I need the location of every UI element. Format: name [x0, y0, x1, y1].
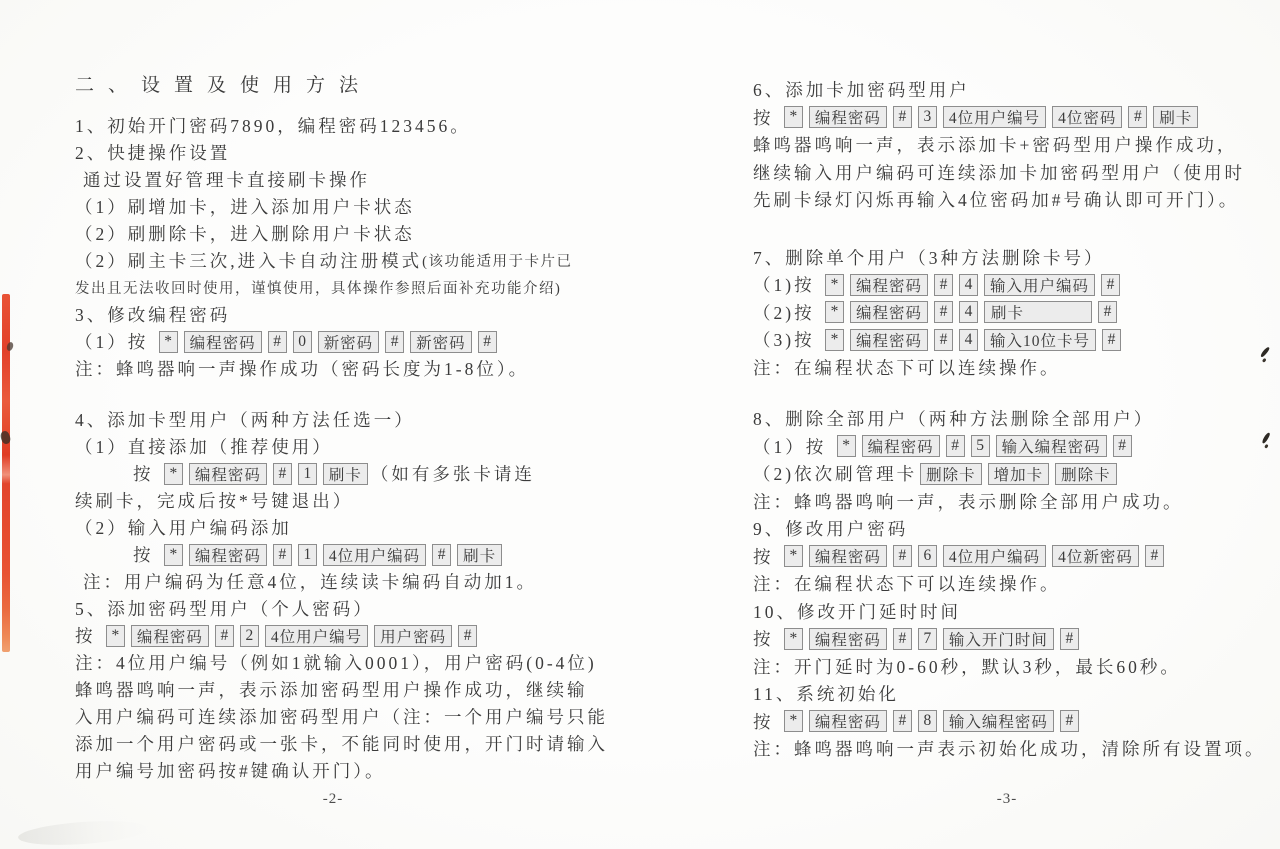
text-line: （2)按 *编程密码#4刷卡# [753, 299, 1258, 327]
key-button: 4 [959, 274, 978, 296]
text-line: 注：用户编码为任意4位，连续读卡编码自动加1。 [75, 568, 635, 595]
text-segment: （3)按 [753, 327, 822, 352]
key-button: 刷卡 [1153, 106, 1198, 128]
text-segment: （2）刷主卡三次,进入卡自动注册模式 [75, 248, 422, 273]
text-segment: 9、修改用户密码 [753, 516, 908, 541]
key-button: * [159, 331, 178, 353]
text-line: 6、添加卡加密码型用户 [753, 76, 1258, 104]
text-line: 按 *编程密码#24位用户编号用户密码# [75, 622, 635, 649]
key-button: # [432, 544, 451, 566]
text-line: 11、系统初始化 [753, 680, 1258, 708]
key-button: * [784, 106, 803, 128]
text-line: 先刷卡绿灯闪烁再输入4位密码加#号确认即可开门）。 [753, 186, 1258, 214]
key-button: 刷卡 [323, 463, 368, 485]
text-segment: （2)依次刷管理卡 [753, 461, 917, 486]
key-button: # [934, 274, 953, 296]
text-segment: （1）直接添加（推荐使用） [75, 434, 333, 459]
text-line: （1）按 *编程密码#0新密码#新密码# [75, 328, 635, 355]
key-button: # [1060, 628, 1079, 650]
text-segment: （1）按 [753, 434, 834, 459]
key-button: * [784, 710, 803, 732]
key-button: # [478, 331, 497, 353]
key-button: # [385, 331, 404, 353]
text-line: 9、修改用户密码 [753, 515, 1258, 543]
text-segment: （2）刷删除卡，进入删除用户卡状态 [75, 221, 415, 246]
key-button: # [1060, 710, 1079, 732]
text-line: 1、初始开门密码7890，编程密码123456。 [75, 112, 635, 139]
key-button: 编程密码 [809, 106, 887, 128]
text-line: 发出且无法收回时使用，谨慎使用，具体操作参照后面补充功能介绍) [75, 274, 635, 301]
text-line: （1)按 *编程密码#4输入用户编码# [753, 271, 1258, 299]
key-button: 输入10位卡号 [984, 329, 1096, 351]
key-button: 新密码 [410, 331, 472, 353]
text-line: 续刷卡，完成后按*号键退出） [75, 487, 635, 514]
text-segment: 注：在编程状态下可以连续操作。 [753, 355, 1061, 380]
text-segment: 注：开门延时为0-60秒，默认3秒，最长60秒。 [753, 654, 1181, 679]
text-line: 3、修改编程密码 [75, 301, 635, 328]
section-title: 二、设置及使用方法 [75, 68, 635, 98]
text-line: 通过设置好管理卡直接刷卡操作 [75, 166, 635, 193]
scan-smudge [17, 817, 148, 848]
text-line: 8、删除全部用户（两种方法删除全部用户） [753, 405, 1258, 433]
page-number: -3- [927, 791, 1087, 808]
text-line: 添加一个用户密码或一张卡，不能同时使用，开门时请输入 [75, 730, 635, 757]
text-segment: 用户编号加密码按#键确认开门）。 [75, 758, 386, 783]
text-segment: 11、系统初始化 [753, 681, 899, 706]
text-line: 2、快捷操作设置 [75, 139, 635, 166]
key-button: 5 [971, 435, 990, 457]
key-button: # [1128, 106, 1147, 128]
key-button: 编程密码 [850, 329, 928, 351]
text-line: （3)按 *编程密码#4输入10位卡号# [753, 326, 1258, 354]
key-button: 4位密码 [1052, 106, 1122, 128]
text-segment: 注：蜂鸣器响一声操作成功（密码长度为1-8位）。 [75, 356, 529, 381]
text-segment: 按 [753, 544, 781, 569]
text-segment: （1)按 [753, 272, 822, 297]
key-button: # [934, 329, 953, 351]
text-segment: (该功能适用于卡片已 [422, 250, 572, 271]
key-button: 编程密码 [809, 545, 887, 567]
key-button: 1 [298, 544, 317, 566]
key-button: 编程密码 [862, 435, 940, 457]
text-line: （2）刷删除卡，进入删除用户卡状态 [75, 220, 635, 247]
text-line: 5、添加密码型用户（个人密码） [75, 595, 635, 622]
key-button: * [164, 463, 183, 485]
text-line: 按 *编程密码#7输入开门时间# [753, 625, 1258, 653]
page-3-column: 6、添加卡加密码型用户按 *编程密码#34位用户编号4位密码#刷卡蜂鸣器鸣响一声… [753, 76, 1258, 763]
text-segment: 入用户编码可连续添加密码型用户（注：一个用户编号只能 [75, 704, 608, 729]
key-button: * [837, 435, 856, 457]
key-button: 输入开门时间 [943, 628, 1054, 650]
key-button: 删除卡 [1055, 463, 1117, 485]
key-button: * [825, 329, 844, 351]
text-segment: 注：在编程状态下可以连续操作。 [753, 571, 1061, 596]
text-segment: （1）刷增加卡，进入添加用户卡状态 [75, 194, 415, 219]
text-line: （1）按 *编程密码#5输入编程密码# [753, 433, 1258, 461]
text-segment: 蜂鸣器鸣响一声，表示添加密码型用户操作成功，继续输 [75, 677, 588, 702]
key-button: 4 [959, 301, 978, 323]
text-segment: 按 [753, 105, 781, 130]
key-button: 刷卡 [984, 301, 1092, 323]
key-button: # [893, 710, 912, 732]
text-segment: 8、删除全部用户（两种方法删除全部用户） [753, 406, 1154, 431]
text-segment: （2)按 [753, 300, 822, 325]
text-segment: （1）按 [75, 329, 156, 354]
text-segment: 按 [753, 626, 781, 651]
key-button: # [458, 625, 477, 647]
key-button: # [268, 331, 287, 353]
key-button: * [825, 301, 844, 323]
text-line: 注：在编程状态下可以连续操作。 [753, 570, 1258, 598]
key-button: # [273, 544, 292, 566]
text-segment: 7、删除单个用户（3种方法删除卡号） [753, 245, 1105, 270]
text-line: 注：4位用户编号（例如1就输入0001），用户密码(0-4位) [75, 649, 635, 676]
key-button: 1 [298, 463, 317, 485]
text-line: 入用户编码可连续添加密码型用户（注：一个用户编号只能 [75, 703, 635, 730]
text-segment: 蜂鸣器鸣响一声，表示添加卡+密码型用户操作成功， [753, 132, 1237, 157]
text-line: 注：开门延时为0-60秒，默认3秒，最长60秒。 [753, 653, 1258, 681]
key-button: 4位用户编码 [323, 544, 426, 566]
text-line: （2)依次刷管理卡删除卡增加卡删除卡 [753, 460, 1258, 488]
text-segment: 1、初始开门密码7890，编程密码123456。 [75, 113, 471, 138]
key-button: 0 [293, 331, 312, 353]
key-button: 用户密码 [374, 625, 452, 647]
key-button: # [1098, 301, 1117, 323]
key-button: 6 [918, 545, 937, 567]
text-segment: 按 [133, 542, 161, 567]
text-segment: 按 [753, 709, 781, 734]
text-line: （1）刷增加卡，进入添加用户卡状态 [75, 193, 635, 220]
text-line: 4、添加卡型用户（两种方法任选一） [75, 406, 635, 433]
text-segment: 添加一个用户密码或一张卡，不能同时使用，开门时请输入 [75, 731, 608, 756]
key-button: 新密码 [318, 331, 380, 353]
text-line: 按 *编程密码#64位用户编码4位新密码# [753, 543, 1258, 571]
text-segment: 发出且无法收回时使用，谨慎使用，具体操作参照后面补充功能介绍) [75, 277, 561, 298]
text-segment: （2）输入用户编码添加 [75, 515, 292, 540]
ink-speck [1260, 346, 1271, 358]
key-button: 4 [959, 329, 978, 351]
key-button: 8 [918, 710, 937, 732]
key-button: # [893, 545, 912, 567]
text-segment: 10、修改开门延时时间 [753, 599, 961, 624]
key-button: * [825, 274, 844, 296]
key-button: * [784, 628, 803, 650]
key-button: # [893, 106, 912, 128]
text-segment: 继续输入用户编码可连续添加卡加密码型用户（使用时 [753, 160, 1245, 185]
key-button: * [784, 545, 803, 567]
text-line: （2）输入用户编码添加 [75, 514, 635, 541]
key-button: # [934, 301, 953, 323]
key-button: 编程密码 [809, 628, 887, 650]
ink-speck [1261, 432, 1270, 444]
key-button: 编程密码 [850, 301, 928, 323]
text-segment: 通过设置好管理卡直接刷卡操作 [83, 167, 370, 192]
text-line: 蜂鸣器鸣响一声，表示添加密码型用户操作成功，继续输 [75, 676, 635, 703]
text-segment: 续刷卡，完成后按*号键退出） [75, 488, 353, 513]
key-button: 3 [918, 106, 937, 128]
text-segment: 2、快捷操作设置 [75, 140, 230, 165]
key-button: 2 [240, 625, 259, 647]
text-segment: 注：蜂鸣器鸣响一声表示初始化成功，清除所有设置项。 [753, 736, 1266, 761]
scanned-manual-spread: 二、设置及使用方法1、初始开门密码7890，编程密码123456。2、快捷操作设… [0, 0, 1280, 849]
text-line: 用户编号加密码按#键确认开门）。 [75, 757, 635, 784]
text-segment: 3、修改编程密码 [75, 302, 230, 327]
text-segment: 按 [75, 623, 103, 648]
text-line: 蜂鸣器鸣响一声，表示添加卡+密码型用户操作成功， [753, 131, 1258, 159]
key-button: 4位用户编码 [943, 545, 1046, 567]
key-button: 编程密码 [189, 544, 267, 566]
text-line: 注：蜂鸣器鸣响一声，表示删除全部用户成功。 [753, 488, 1258, 516]
text-line: （2）刷主卡三次,进入卡自动注册模式(该功能适用于卡片已 [75, 247, 635, 274]
key-button: # [946, 435, 965, 457]
text-line: （1）直接添加（推荐使用） [75, 433, 635, 460]
text-segment: 二、设置及使用方法 [75, 70, 372, 97]
key-button: 编程密码 [184, 331, 262, 353]
key-button: 输入用户编码 [984, 274, 1095, 296]
key-button: # [1113, 435, 1132, 457]
key-button: 输入编程密码 [943, 710, 1054, 732]
key-button: # [215, 625, 234, 647]
text-line: 7、删除单个用户（3种方法删除卡号） [753, 244, 1258, 272]
page-2-column: 二、设置及使用方法1、初始开门密码7890，编程密码123456。2、快捷操作设… [75, 68, 635, 784]
text-segment: 按 [133, 461, 161, 486]
text-segment: （如有多张卡请连 [371, 461, 535, 486]
text-line: 注：在编程状态下可以连续操作。 [753, 354, 1258, 382]
key-button: 4位新密码 [1052, 545, 1139, 567]
key-button: * [164, 544, 183, 566]
text-segment: 4、添加卡型用户（两种方法任选一） [75, 407, 415, 432]
text-segment: 5、添加密码型用户（个人密码） [75, 596, 374, 621]
key-button: 增加卡 [988, 463, 1050, 485]
text-segment: 注：4位用户编号（例如1就输入0001），用户密码(0-4位) [75, 650, 597, 675]
key-button: # [1102, 329, 1121, 351]
text-line: 继续输入用户编码可连续添加卡加密码型用户（使用时 [753, 159, 1258, 187]
key-button: 输入编程密码 [996, 435, 1107, 457]
key-button: 编程密码 [850, 274, 928, 296]
key-button: 删除卡 [920, 463, 982, 485]
text-line: 按 *编程密码#8输入编程密码# [753, 708, 1258, 736]
text-line: 按 *编程密码#34位用户编号4位密码#刷卡 [753, 104, 1258, 132]
key-button: 刷卡 [457, 544, 502, 566]
text-line: 10、修改开门延时时间 [753, 598, 1258, 626]
text-segment: 6、添加卡加密码型用户 [753, 77, 970, 102]
key-button: 编程密码 [131, 625, 209, 647]
page-number: -2- [253, 791, 413, 808]
text-line: 注：蜂鸣器响一声操作成功（密码长度为1-8位）。 [75, 355, 635, 382]
key-button: # [893, 628, 912, 650]
text-line: 注：蜂鸣器鸣响一声表示初始化成功，清除所有设置项。 [753, 735, 1258, 763]
text-segment: 注：蜂鸣器鸣响一声，表示删除全部用户成功。 [753, 489, 1184, 514]
key-button: 7 [918, 628, 937, 650]
key-button: 编程密码 [809, 710, 887, 732]
key-button: 编程密码 [189, 463, 267, 485]
key-button: # [1145, 545, 1164, 567]
key-button: 4位用户编号 [943, 106, 1046, 128]
key-button: # [1101, 274, 1120, 296]
text-segment: 先刷卡绿灯闪烁再输入4位密码加#号确认即可开门）。 [753, 187, 1239, 212]
text-line: 按 *编程密码#14位用户编码#刷卡 [75, 541, 635, 568]
key-button: # [273, 463, 292, 485]
text-segment: 注：用户编码为任意4位，连续读卡编码自动加1。 [83, 569, 537, 594]
key-button: 4位用户编号 [265, 625, 368, 647]
text-line: 按 *编程密码#1刷卡（如有多张卡请连 [75, 460, 635, 487]
key-button: * [106, 625, 125, 647]
